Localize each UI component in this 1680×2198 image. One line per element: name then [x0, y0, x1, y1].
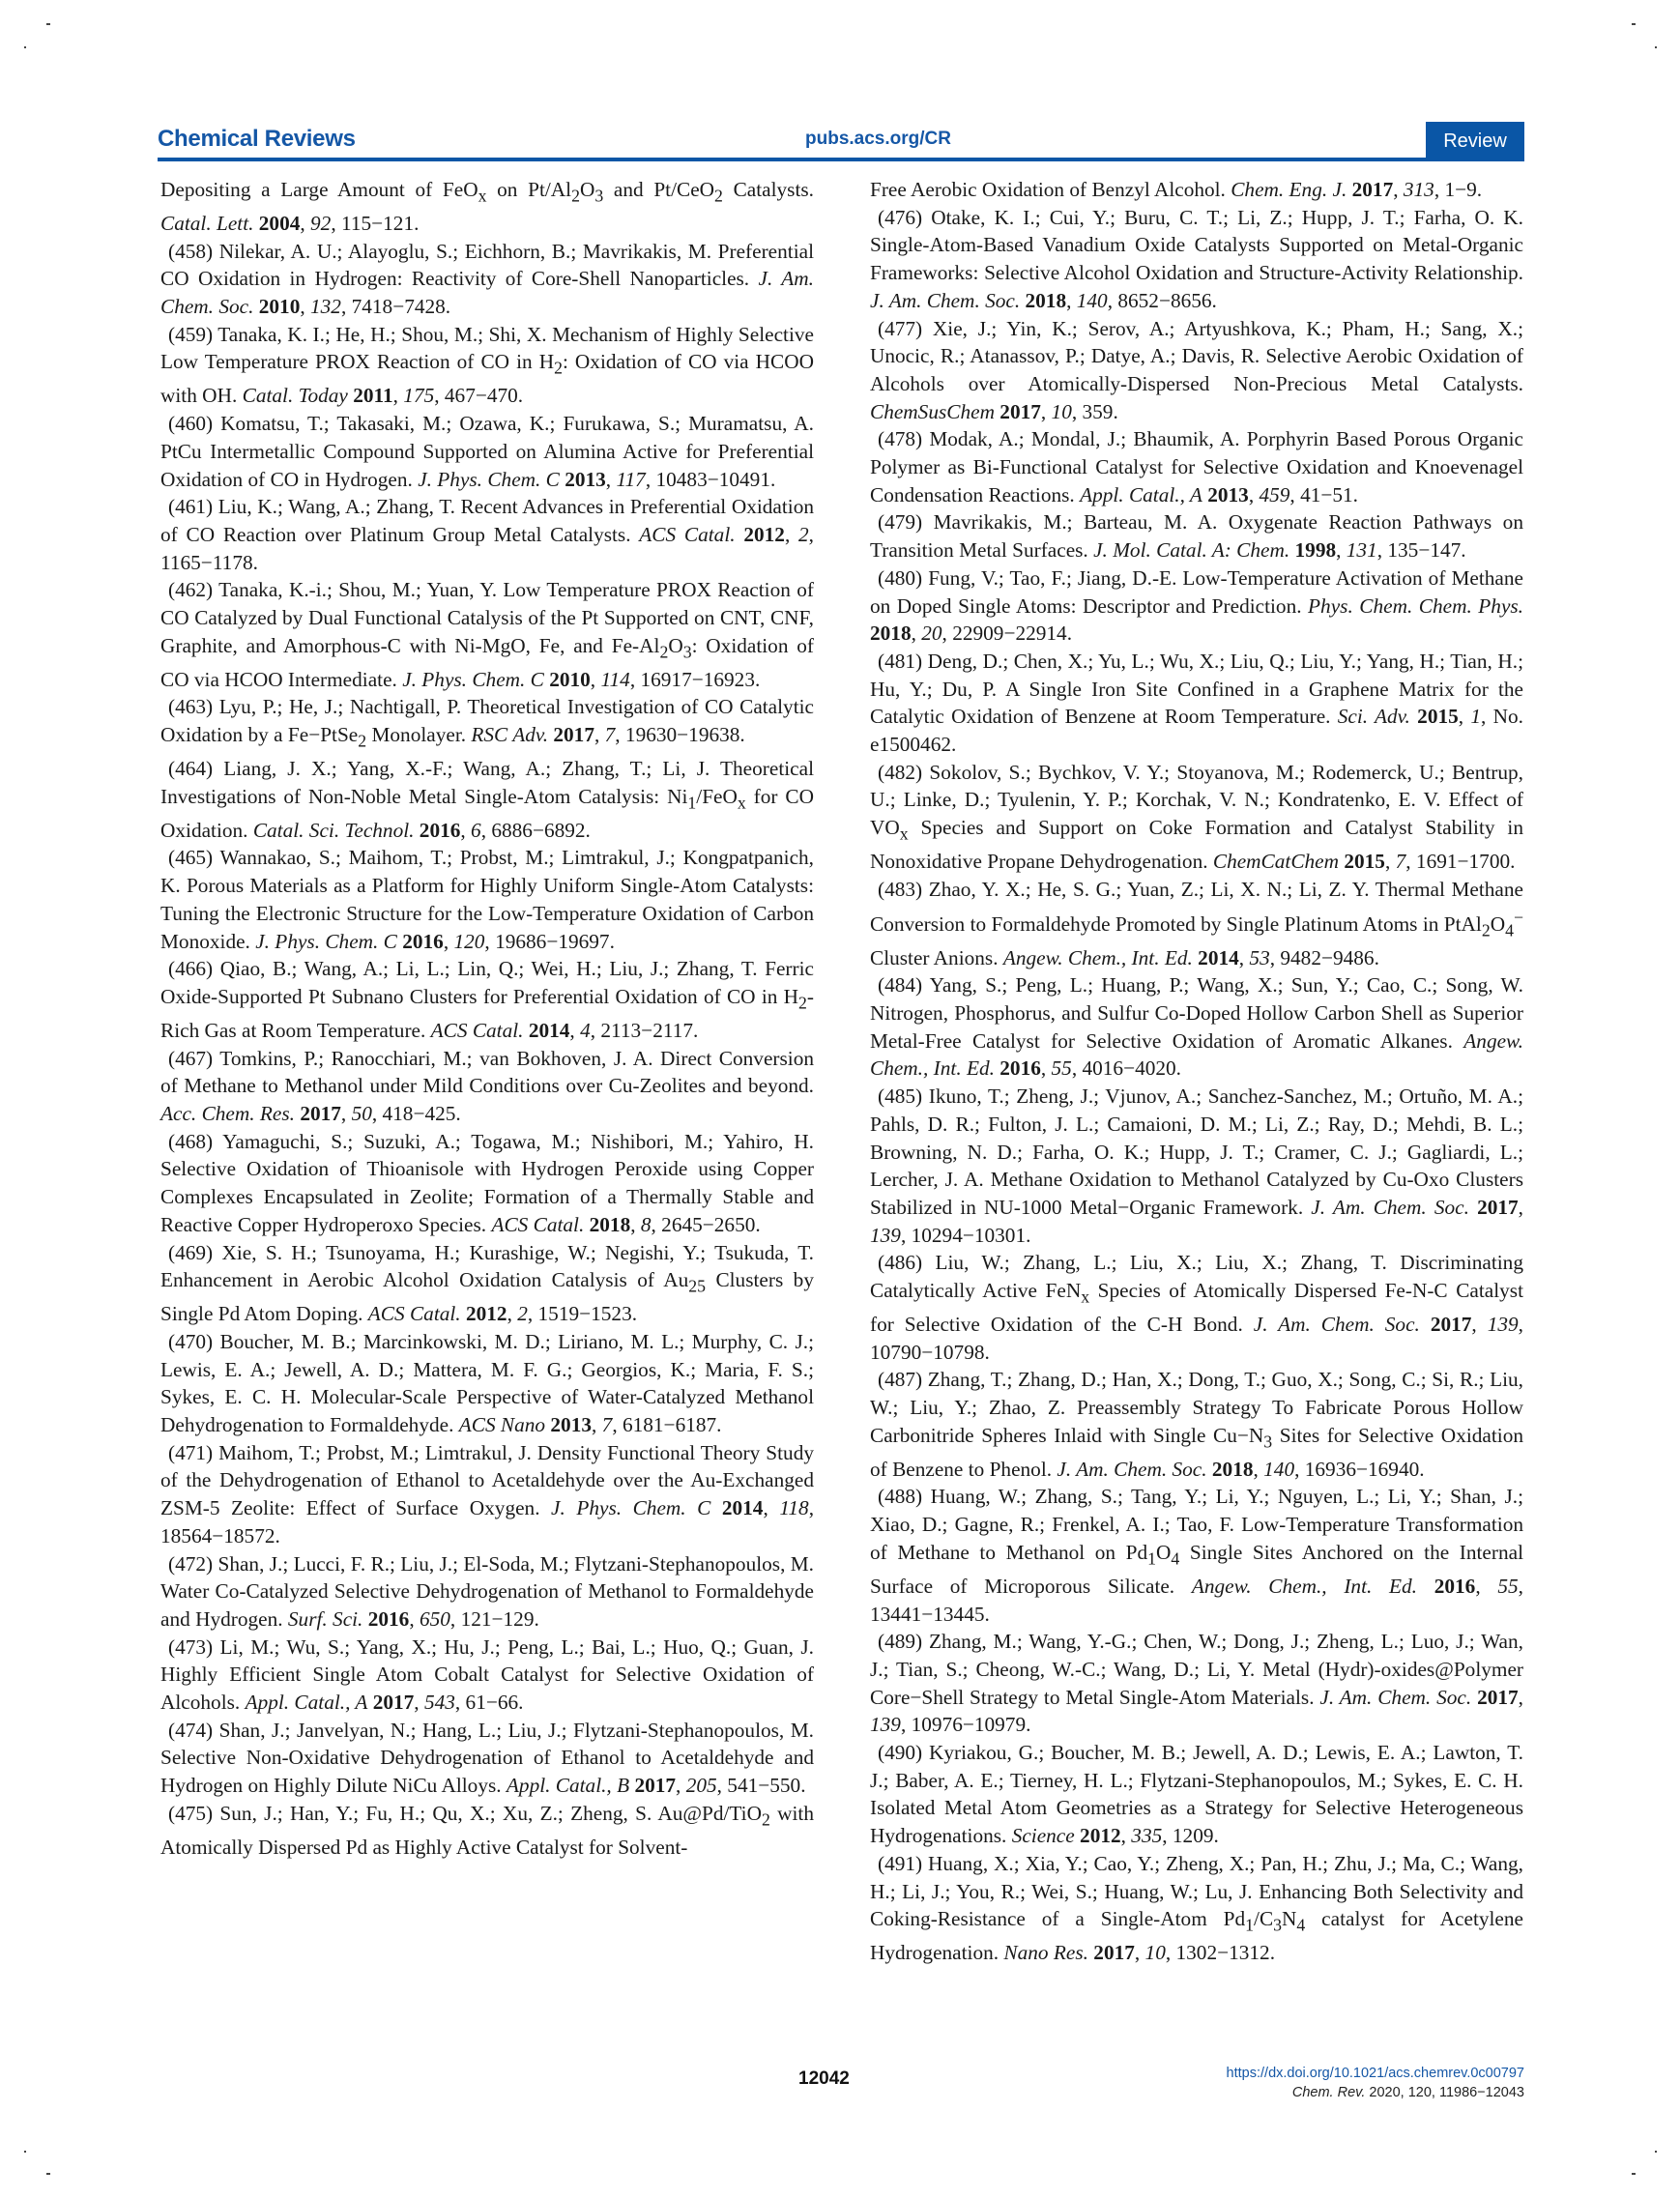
reference-number: (467)	[160, 1047, 219, 1070]
crop-mark-bottom-left	[46, 2173, 50, 2175]
header-divider	[158, 158, 1524, 161]
reference-text: Modak, A.; Mondal, J.; Bhaumik, A. Porph…	[870, 427, 1523, 506]
article-type-badge: Review	[1426, 122, 1524, 160]
reference-entry: (483) Zhao, Y. X.; He, S. G.; Yuan, Z.; …	[870, 876, 1523, 971]
reference-entry: (479) Mavrikakis, M.; Barteau, M. A. Oxy…	[870, 508, 1523, 564]
reference-entry: (490) Kyriakou, G.; Boucher, M. B.; Jewe…	[870, 1739, 1523, 1850]
reference-entry: (468) Yamaguchi, S.; Suzuki, A.; Togawa,…	[160, 1128, 814, 1239]
reference-text: Zhao, Y. X.; He, S. G.; Yuan, Z.; Li, X.…	[870, 878, 1523, 969]
reference-text: Kyriakou, G.; Boucher, M. B.; Jewell, A.…	[870, 1741, 1523, 1847]
reference-number: (488)	[870, 1485, 931, 1508]
reference-text: Free Aerobic Oxidation of Benzyl Alcohol…	[870, 178, 1482, 201]
crop-mark-top-left	[46, 23, 50, 25]
crop-mark-top-right-dot	[1655, 46, 1657, 48]
reference-number: (468)	[160, 1130, 222, 1153]
reference-number: (466)	[160, 957, 220, 980]
reference-entry: (474) Shan, J.; Janvelyan, N.; Hang, L.;…	[160, 1717, 814, 1800]
reference-text: Nilekar, A. U.; Alayoglu, S.; Eichhorn, …	[160, 240, 814, 318]
reference-entry: (470) Boucher, M. B.; Marcinkowski, M. D…	[160, 1328, 814, 1439]
reference-entry: Depositing a Large Amount of FeOx on Pt/…	[160, 176, 814, 238]
reference-entry: (481) Deng, D.; Chen, X.; Yu, L.; Wu, X.…	[870, 648, 1523, 759]
reference-text: Tanaka, K. I.; He, H.; Shou, M.; Shi, X.…	[160, 323, 814, 408]
reference-entry: (463) Lyu, P.; He, J.; Nachtigall, P. Th…	[160, 693, 814, 755]
reference-entry: (458) Nilekar, A. U.; Alayoglu, S.; Eich…	[160, 238, 814, 321]
reference-number: (462)	[160, 578, 218, 601]
reference-number: (486)	[870, 1251, 936, 1274]
reference-text: Mavrikakis, M.; Barteau, M. A. Oxygenate…	[870, 510, 1523, 562]
reference-entry: (472) Shan, J.; Lucci, F. R.; Liu, J.; E…	[160, 1550, 814, 1634]
reference-text: Li, M.; Wu, S.; Yang, X.; Hu, J.; Peng, …	[160, 1635, 814, 1714]
reference-entry: (469) Xie, S. H.; Tsunoyama, H.; Kurashi…	[160, 1239, 814, 1328]
reference-number: (474)	[160, 1719, 219, 1742]
journal-citation: Chem. Rev. 2020, 120, 11986−12043	[1292, 2085, 1524, 2100]
reference-text: Fung, V.; Tao, F.; Jiang, D.-E. Low-Temp…	[870, 566, 1523, 645]
reference-number: (469)	[160, 1241, 221, 1264]
reference-number: (489)	[870, 1630, 929, 1653]
reference-entry: (478) Modak, A.; Mondal, J.; Bhaumik, A.…	[870, 425, 1523, 508]
reference-entry: (482) Sokolov, S.; Bychkov, V. Y.; Stoya…	[870, 759, 1523, 876]
reference-entry: (487) Zhang, T.; Zhang, D.; Han, X.; Don…	[870, 1366, 1523, 1483]
reference-number: (461)	[160, 495, 218, 518]
reference-number: (487)	[870, 1368, 928, 1391]
site-url-link[interactable]: pubs.acs.org/CR	[805, 129, 951, 150]
reference-text: Huang, X.; Xia, Y.; Cao, Y.; Zheng, X.; …	[870, 1852, 1523, 1964]
reference-entry: (489) Zhang, M.; Wang, Y.-G.; Chen, W.; …	[870, 1628, 1523, 1739]
reference-number: (471)	[160, 1441, 218, 1464]
crop-mark-bottom-left-dot	[24, 2151, 26, 2153]
reference-number: (470)	[160, 1330, 219, 1353]
reference-text: Tanaka, K.-i.; Shou, M.; Yuan, Y. Low Te…	[160, 578, 814, 690]
reference-entry: (462) Tanaka, K.-i.; Shou, M.; Yuan, Y. …	[160, 576, 814, 693]
reference-number: (464)	[160, 757, 223, 780]
reference-number: (459)	[160, 323, 217, 346]
reference-entry: (476) Otake, K. I.; Cui, Y.; Buru, C. T.…	[870, 204, 1523, 315]
reference-number: (480)	[870, 566, 928, 590]
reference-number: (490)	[870, 1741, 929, 1764]
reference-number: (460)	[160, 412, 220, 435]
reference-text: Liu, K.; Wang, A.; Zhang, T. Recent Adva…	[160, 495, 814, 573]
reference-entry: (488) Huang, W.; Zhang, S.; Tang, Y.; Li…	[870, 1483, 1523, 1628]
journal-name: Chemical Reviews	[158, 126, 356, 153]
reference-text: Yamaguchi, S.; Suzuki, A.; Togawa, M.; N…	[160, 1130, 814, 1236]
doi-link[interactable]: https://dx.doi.org/10.1021/acs.chemrev.0…	[1227, 2066, 1524, 2081]
reference-entry: (464) Liang, J. X.; Yang, X.-F.; Wang, A…	[160, 755, 814, 844]
reference-number: (476)	[870, 206, 931, 229]
citation-details: 2020, 120, 11986−12043	[1369, 2085, 1524, 2100]
reference-entry: (475) Sun, J.; Han, Y.; Fu, H.; Qu, X.; …	[160, 1800, 814, 1862]
reference-text: Boucher, M. B.; Marcinkowski, M. D.; Lir…	[160, 1330, 814, 1436]
reference-entry: (491) Huang, X.; Xia, Y.; Cao, Y.; Zheng…	[870, 1850, 1523, 1967]
reference-entry: (473) Li, M.; Wu, S.; Yang, X.; Hu, J.; …	[160, 1634, 814, 1717]
reference-text: Zhang, M.; Wang, Y.-G.; Chen, W.; Dong, …	[870, 1630, 1523, 1736]
reference-text: Tomkins, P.; Ranocchiari, M.; van Bokhov…	[160, 1047, 814, 1125]
reference-text: Liang, J. X.; Yang, X.-F.; Wang, A.; Zha…	[160, 757, 814, 842]
reference-text: Zhang, T.; Zhang, D.; Han, X.; Dong, T.;…	[870, 1368, 1523, 1480]
reference-text: Deng, D.; Chen, X.; Yu, L.; Wu, X.; Liu,…	[870, 650, 1523, 756]
crop-mark-top-left-dot	[24, 46, 26, 48]
reference-number: (483)	[870, 878, 929, 901]
reference-number: (485)	[870, 1085, 929, 1108]
reference-entry: (461) Liu, K.; Wang, A.; Zhang, T. Recen…	[160, 493, 814, 576]
reference-text: Sun, J.; Han, Y.; Fu, H.; Qu, X.; Xu, Z.…	[160, 1802, 814, 1859]
reference-entry: (480) Fung, V.; Tao, F.; Jiang, D.-E. Lo…	[870, 564, 1523, 648]
reference-number: (458)	[160, 240, 219, 263]
reference-entry: Free Aerobic Oxidation of Benzyl Alcohol…	[870, 176, 1523, 204]
crop-mark-bottom-right	[1632, 2173, 1636, 2175]
reference-number: (465)	[160, 846, 219, 869]
reference-number: (479)	[870, 510, 934, 534]
reference-text: Xie, S. H.; Tsunoyama, H.; Kurashige, W.…	[160, 1241, 814, 1326]
reference-text: Komatsu, T.; Takasaki, M.; Ozawa, K.; Fu…	[160, 412, 814, 490]
reference-text: Maihom, T.; Probst, M.; Limtrakul, J. De…	[160, 1441, 814, 1547]
reference-text: Qiao, B.; Wang, A.; Li, L.; Lin, Q.; Wei…	[160, 957, 814, 1042]
reference-text: Shan, J.; Janvelyan, N.; Hang, L.; Liu, …	[160, 1719, 814, 1797]
crop-mark-bottom-right-dot	[1655, 2151, 1657, 2153]
reference-text: Wannakao, S.; Maihom, T.; Probst, M.; Li…	[160, 846, 814, 952]
reference-entry: (459) Tanaka, K. I.; He, H.; Shou, M.; S…	[160, 321, 814, 410]
reference-text: Depositing a Large Amount of FeOx on Pt/…	[160, 178, 814, 235]
reference-entry: (471) Maihom, T.; Probst, M.; Limtrakul,…	[160, 1439, 814, 1550]
reference-entry: (465) Wannakao, S.; Maihom, T.; Probst, …	[160, 844, 814, 955]
reference-number: (475)	[160, 1802, 219, 1825]
reference-text: Ikuno, T.; Zheng, J.; Vjunov, A.; Sanche…	[870, 1085, 1523, 1247]
reference-number: (472)	[160, 1552, 217, 1576]
reference-number: (477)	[870, 317, 933, 340]
reference-entry: (460) Komatsu, T.; Takasaki, M.; Ozawa, …	[160, 410, 814, 493]
reference-entry: (466) Qiao, B.; Wang, A.; Li, L.; Lin, Q…	[160, 955, 814, 1044]
reference-entry: (484) Yang, S.; Peng, L.; Huang, P.; Wan…	[870, 971, 1523, 1083]
reference-entry: (467) Tomkins, P.; Ranocchiari, M.; van …	[160, 1045, 814, 1128]
reference-number: (491)	[870, 1852, 928, 1875]
citation-journal: Chem. Rev.	[1292, 2085, 1365, 2100]
crop-mark-top-right	[1632, 23, 1636, 25]
reference-text: Xie, J.; Yin, K.; Serov, A.; Artyushkova…	[870, 317, 1523, 423]
reference-number: (482)	[870, 761, 929, 784]
reference-text: Shan, J.; Lucci, F. R.; Liu, J.; El-Soda…	[160, 1552, 814, 1631]
reference-number: (473)	[160, 1635, 220, 1659]
reference-number: (484)	[870, 973, 930, 997]
references-left-column: Depositing a Large Amount of FeOx on Pt/…	[160, 176, 814, 1861]
reference-text: Yang, S.; Peng, L.; Huang, P.; Wang, X.;…	[870, 973, 1523, 1080]
reference-entry: (486) Liu, W.; Zhang, L.; Liu, X.; Liu, …	[870, 1249, 1523, 1366]
reference-text: Liu, W.; Zhang, L.; Liu, X.; Liu, X.; Zh…	[870, 1251, 1523, 1363]
reference-number: (478)	[870, 427, 929, 450]
reference-number: (463)	[160, 695, 219, 718]
reference-text: Lyu, P.; He, J.; Nachtigall, P. Theoreti…	[160, 695, 814, 746]
page-number: 12042	[798, 2068, 850, 2090]
reference-entry: (477) Xie, J.; Yin, K.; Serov, A.; Artyu…	[870, 315, 1523, 426]
reference-text: Huang, W.; Zhang, S.; Tang, Y.; Li, Y.; …	[870, 1485, 1523, 1625]
reference-number: (481)	[870, 650, 928, 673]
reference-text: Sokolov, S.; Bychkov, V. Y.; Stoyanova, …	[870, 761, 1523, 873]
page-header: Chemical Reviews pubs.acs.org/CR Review	[158, 126, 1524, 160]
reference-text: Otake, K. I.; Cui, Y.; Buru, C. T.; Li, …	[870, 206, 1523, 312]
references-right-column: Free Aerobic Oxidation of Benzyl Alcohol…	[870, 176, 1523, 1967]
reference-entry: (485) Ikuno, T.; Zheng, J.; Vjunov, A.; …	[870, 1083, 1523, 1249]
